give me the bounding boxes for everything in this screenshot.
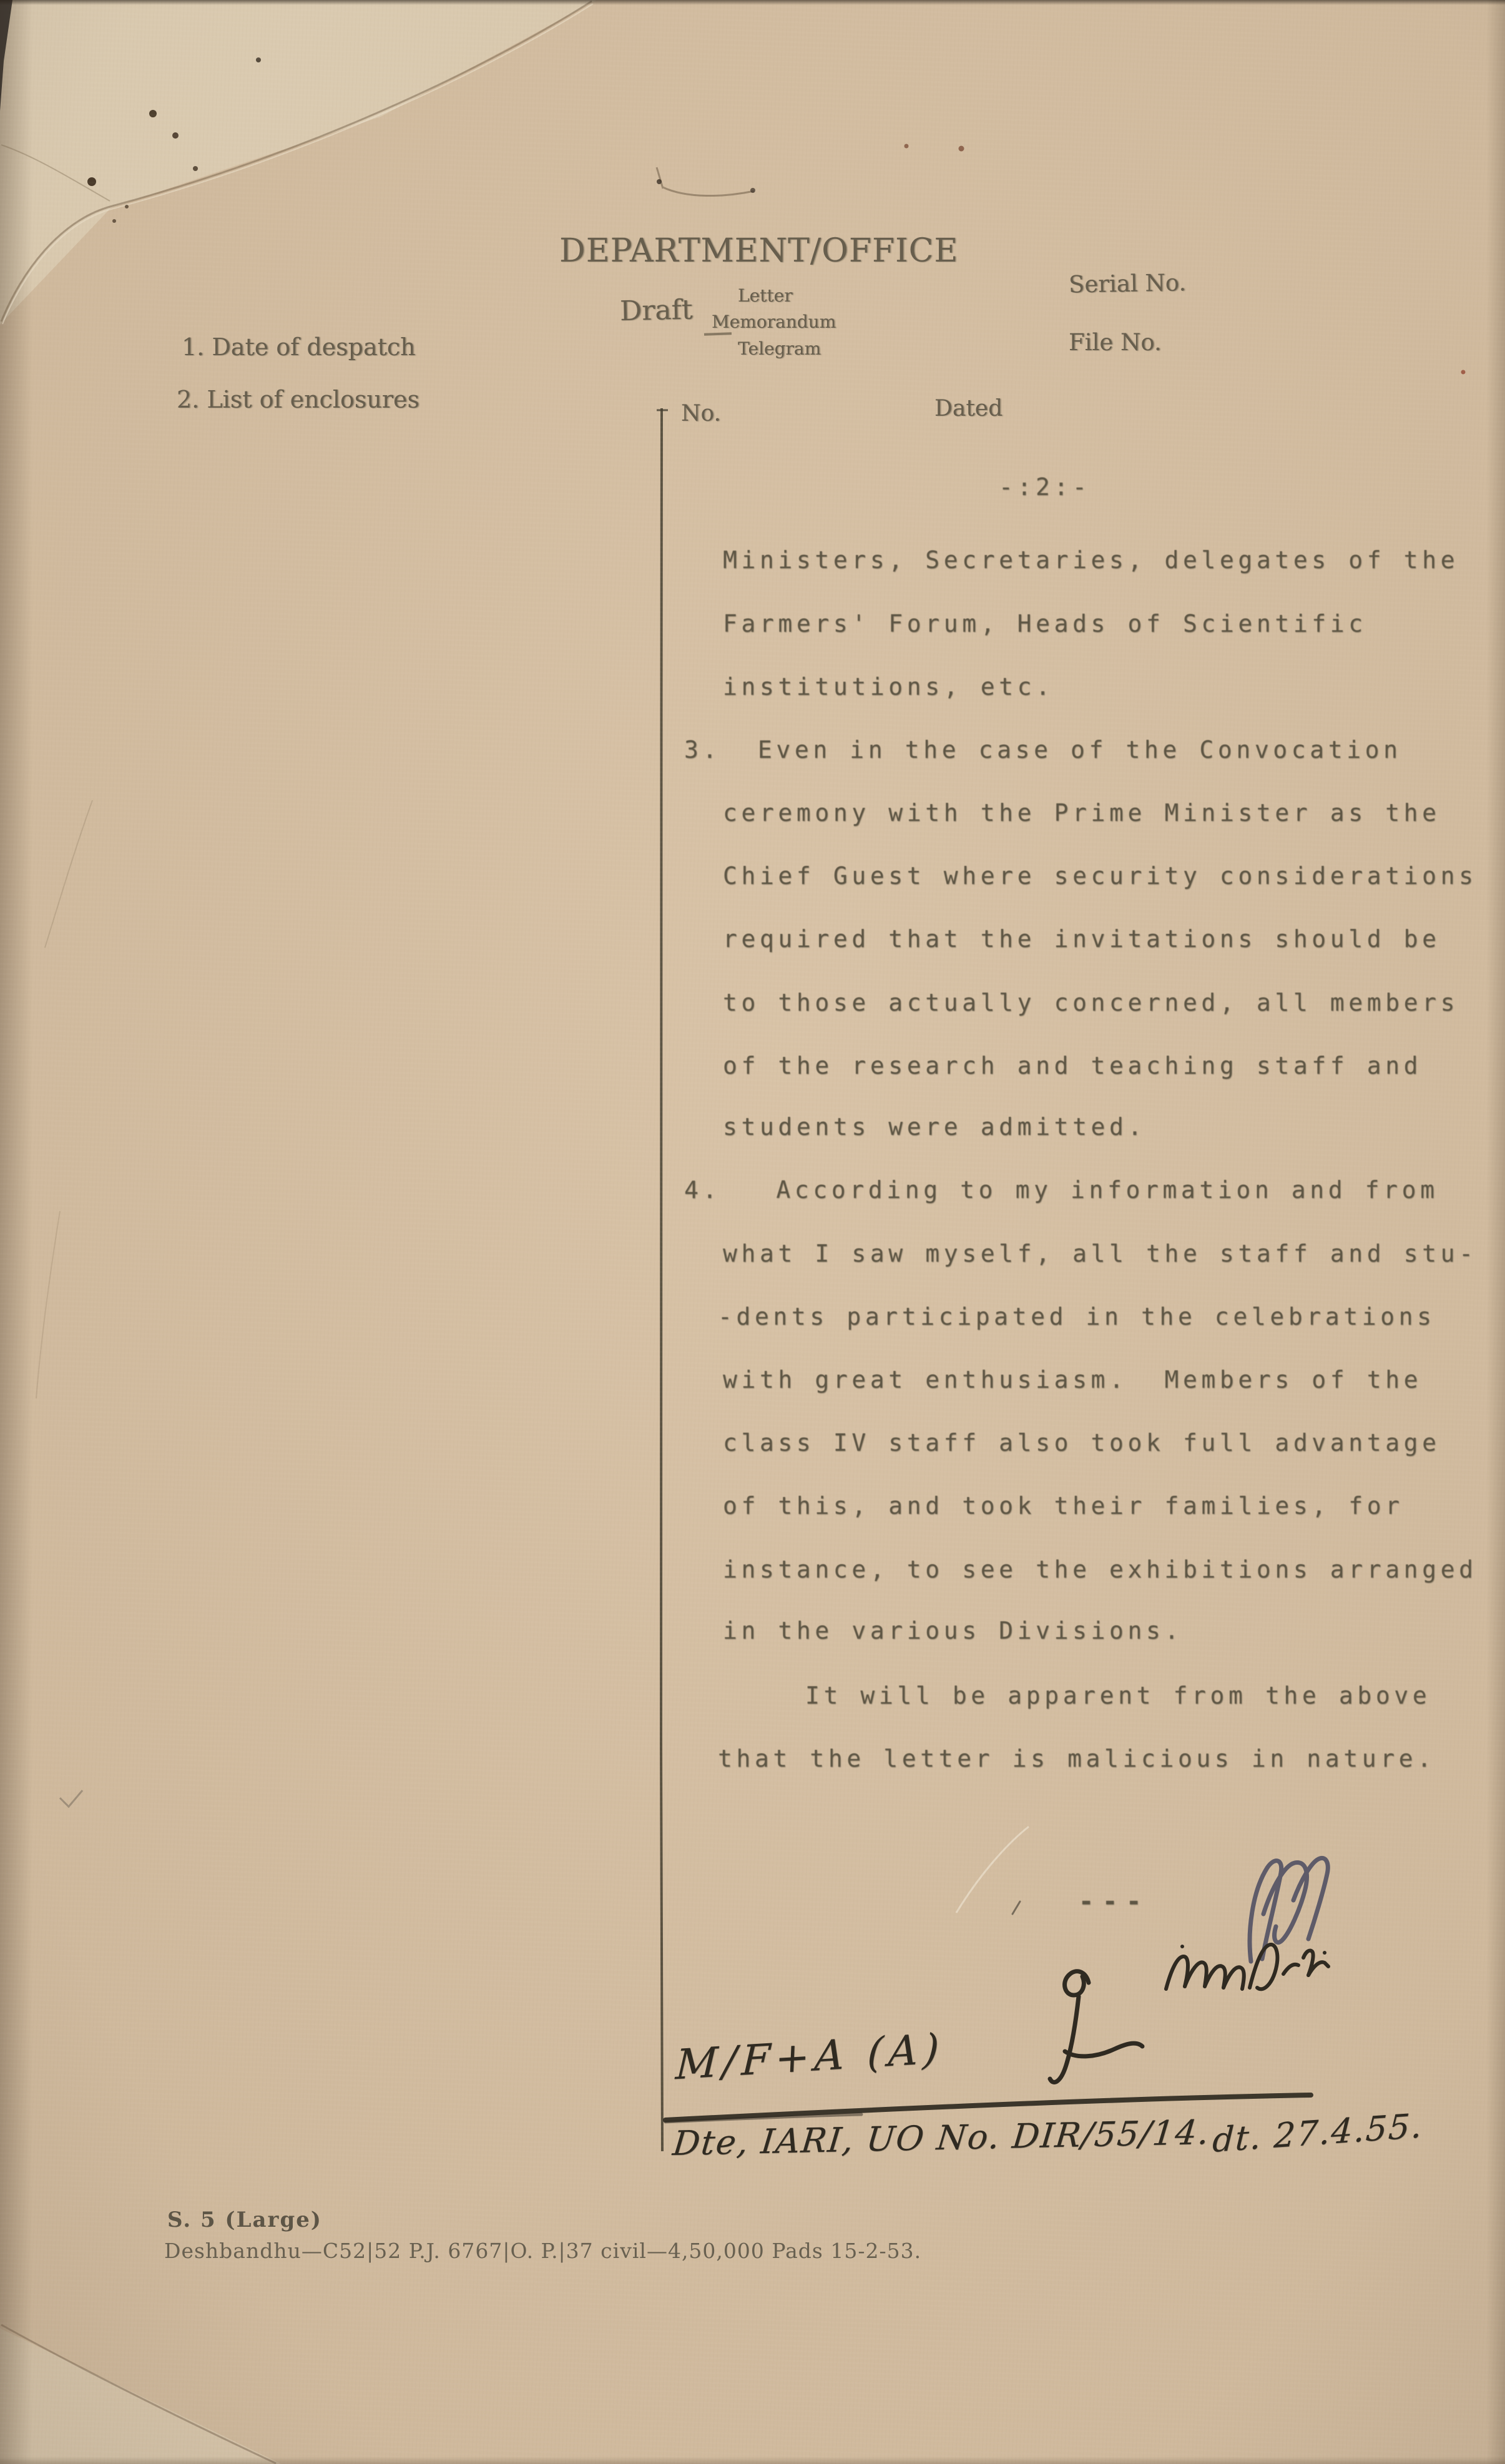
signature-cursive (1166, 1945, 1328, 1989)
body-line: what I saw myself, all the staff and stu… (723, 1242, 1478, 1265)
serial-no-label: Serial No. (1069, 271, 1187, 296)
body-line: that the letter is malicious in nature. (718, 1747, 1436, 1770)
file-no-label: File No. (1069, 331, 1162, 354)
form-item-list-of-enclosures: 2. List of enclosures (177, 388, 419, 411)
body-line: to those actually concerned, all members (723, 991, 1459, 1014)
body-line: students were admitted. (723, 1115, 1146, 1139)
bottom-left-corner-fold (0, 2310, 293, 2464)
paper-creases-and-spots (0, 0, 1505, 2464)
draft-label: Draft (620, 297, 693, 325)
top-left-corner-fold (0, 0, 615, 353)
handwritten-office-line: Dte, IARI, UO No. DIR/55/14. (671, 2116, 1212, 2161)
body-line: Chief Guest where security consideration… (723, 864, 1478, 888)
body-line: Farmers' Forum, Heads of Scientific (723, 612, 1367, 636)
body-line: in the various Divisions. (723, 1619, 1183, 1642)
body-line: of the research and teaching staff and (723, 1054, 1422, 1077)
blue-initials-scribble (1250, 1858, 1328, 1961)
memorandum-underline (704, 332, 732, 336)
bottom-edge-shadow (0, 2457, 1505, 2464)
body-line: institutions, etc. (723, 675, 1054, 699)
scanned-document-page: DEPARTMENT/OFFICE Draft Letter Memorandu… (0, 0, 1505, 2464)
no-label: No. (681, 403, 721, 425)
body-line: Ministers, Secretaries, delegates of the (723, 548, 1459, 572)
page-number-marker: -:2:- (999, 475, 1091, 499)
form-title: DEPARTMENT/OFFICE (559, 235, 958, 267)
body-line: class IV staff also took full advantage (723, 1431, 1441, 1455)
body-line: required that the invitations should be (723, 927, 1441, 951)
form-vertical-rule (661, 408, 662, 2151)
left-edge-shadow (0, 0, 32, 2464)
footer-imprint: Deshbandhu—C52|52 P.J. 6767|O. P.|37 civ… (164, 2239, 921, 2263)
body-line: 3. Even in the case of the Convocation (684, 738, 1402, 762)
pencil-tick (1012, 1902, 1020, 1914)
body-line: of this, and took their families, for (723, 1494, 1404, 1518)
body-line: with great enthusiasm. Members of the (723, 1368, 1422, 1392)
typed-separator-dashes: --- (1079, 1889, 1150, 1914)
doc-type-telegram: Telegram (738, 340, 821, 358)
paper-grain-overlay (0, 0, 1505, 2464)
initials-flourish (1050, 1971, 1142, 2083)
handwritten-ink-marks (0, 0, 1505, 2464)
doc-type-letter: Letter (738, 287, 793, 305)
doc-type-memorandum: Memorandum (712, 313, 836, 331)
dated-label: Dated (934, 398, 1003, 420)
body-line: ceremony with the Prime Minister as the (723, 801, 1441, 825)
body-line: instance, to see the exhibitions arrange… (723, 1558, 1478, 1581)
top-edge-shadow (0, 0, 1505, 5)
body-line: It will be apparent from the above (805, 1684, 1431, 1707)
handwritten-reference: M/F+A (A) (675, 2028, 945, 2086)
right-edge-shadow (1486, 0, 1505, 2464)
footer-form-size: S. 5 (Large) (167, 2207, 322, 2232)
form-item-date-of-despatch: 1. Date of despatch (182, 335, 416, 359)
body-line: -dents participated in the celebrations (718, 1305, 1436, 1328)
body-line: 4. According to my information and from (684, 1178, 1439, 1202)
handwritten-date-note: dt. 27.4.55. (1212, 2109, 1424, 2157)
